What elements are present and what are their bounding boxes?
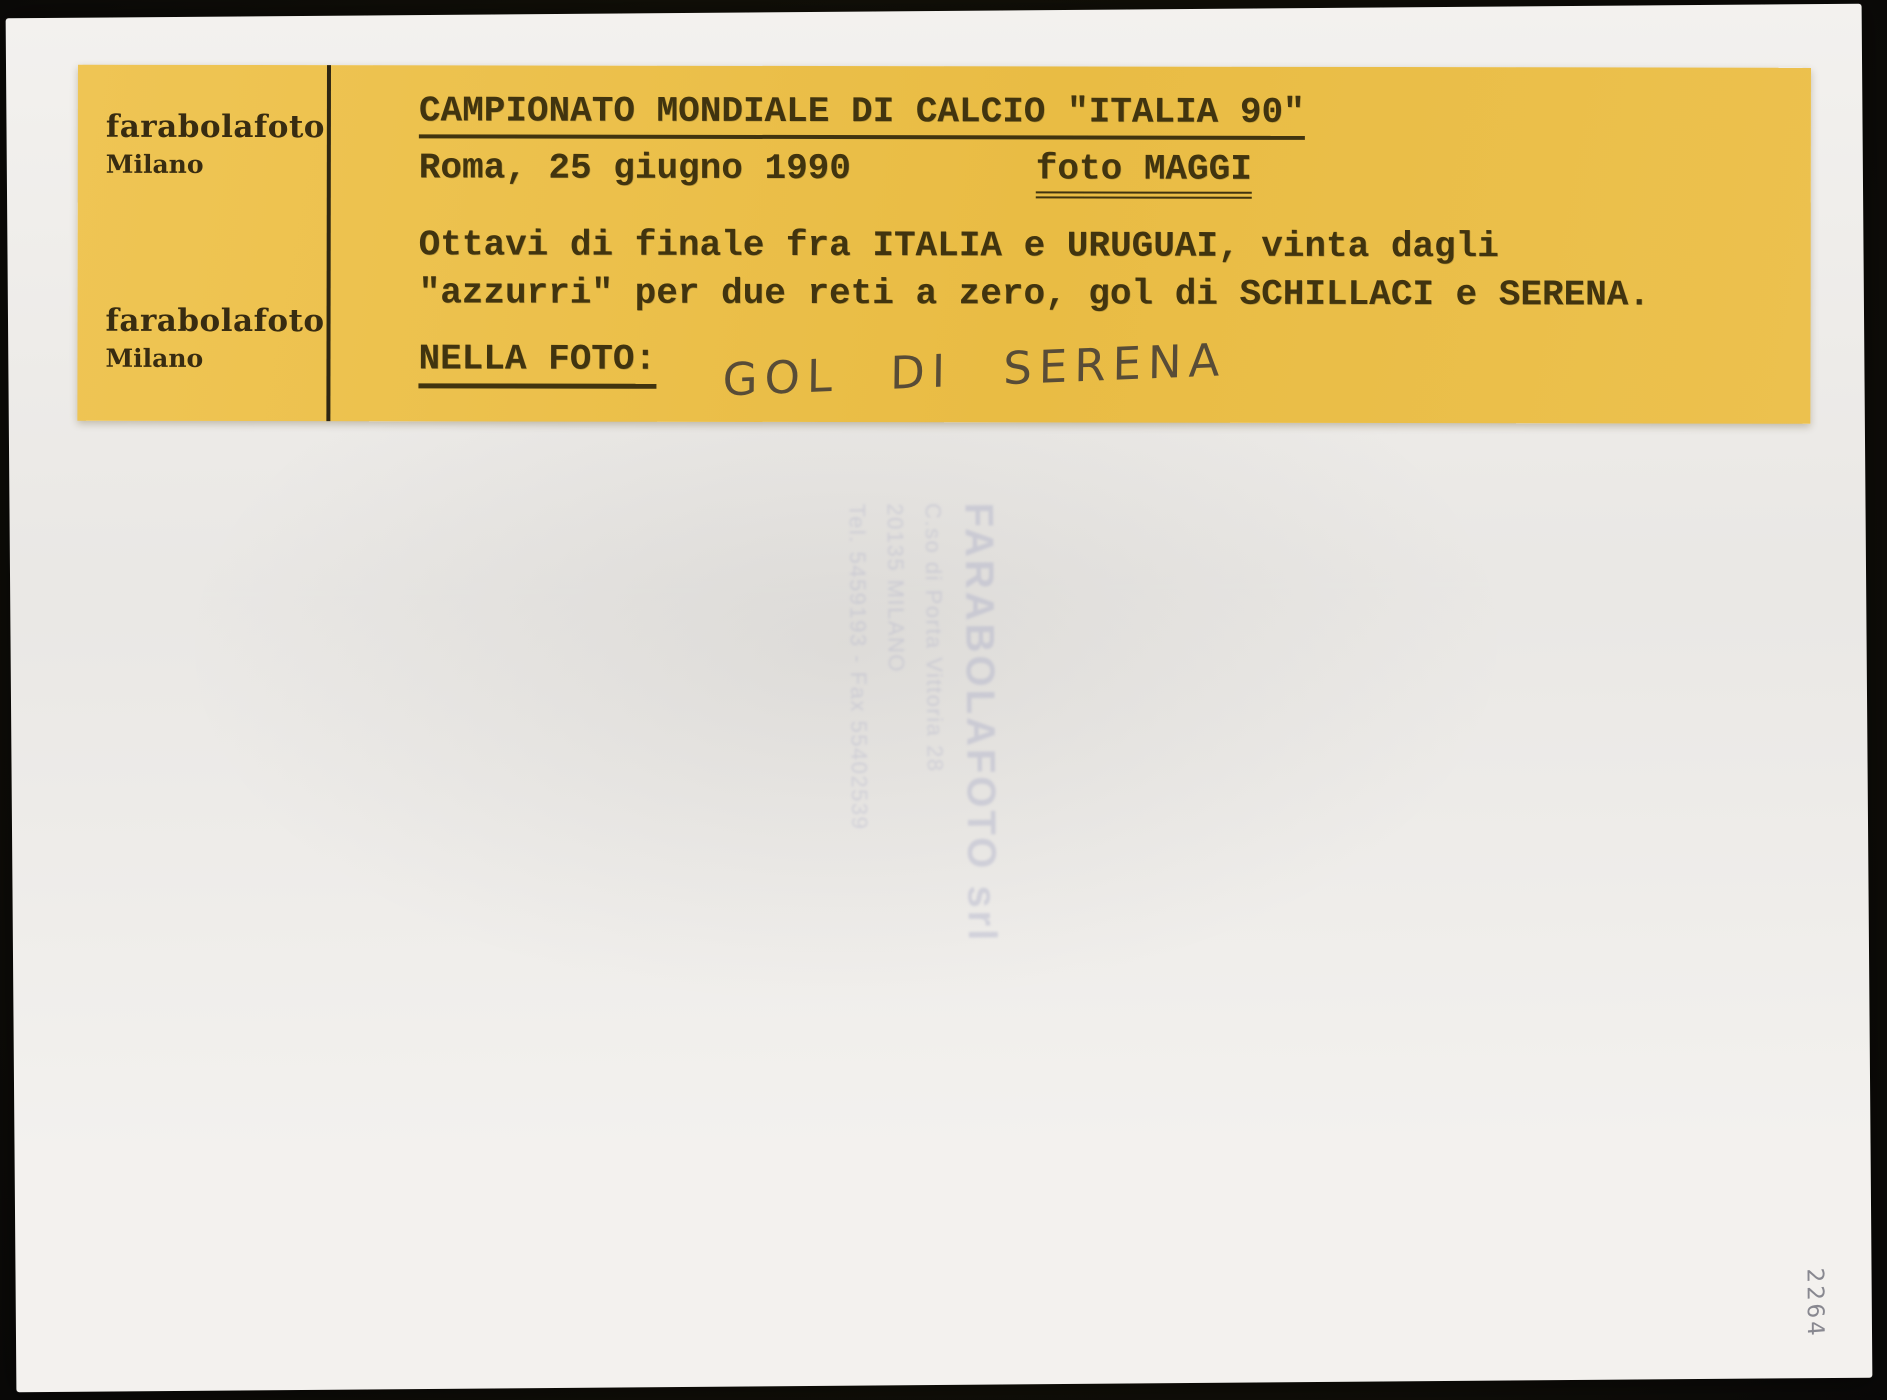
caption-body-line2: "azzurri" per due reti a zero, gol di SC… <box>419 272 1791 315</box>
agency-name: farabolafoto <box>106 303 325 339</box>
agency-city: Milano <box>105 344 324 373</box>
caption-body-line1: Ottavi di finale fra ITALIA e URUGUAI, v… <box>419 224 1791 267</box>
agency-city: Milano <box>106 150 325 179</box>
stamp-city-line: 20135 MILANO <box>875 503 917 1003</box>
nella-foto-label: NELLA FOTO: <box>418 338 656 388</box>
agency-stamp: FARABOLAFOTO srl C.so di Porta Vittoria … <box>837 502 1009 1003</box>
archive-number: 2264 <box>1802 1267 1829 1340</box>
caption-text-column: CAMPIONATO MONDIALE DI CALCIO "ITALIA 90… <box>330 65 1811 424</box>
agency-block-bottom: farabolafoto Milano <box>105 303 324 373</box>
caption-dateline: Roma, 25 giugno 1990 <box>419 147 1036 189</box>
stamp-company: FARABOLAFOTO srl <box>951 502 1009 1002</box>
handwritten-note: GOL DI SERENA <box>722 333 1226 406</box>
photo-back-scan: farabolafoto Milano farabolafoto Milano … <box>0 0 1887 1400</box>
agency-block-top: farabolafoto Milano <box>106 109 325 179</box>
photo-paper: farabolafoto Milano farabolafoto Milano … <box>6 4 1873 1393</box>
caption-label: farabolafoto Milano farabolafoto Milano … <box>77 65 1811 424</box>
photo-credit: foto MAGGI <box>1036 148 1252 198</box>
agency-column: farabolafoto Milano farabolafoto Milano <box>77 65 327 421</box>
stamp-phone-line: Tel. 5459193 - Fax 55402539 <box>837 503 879 1003</box>
caption-title: CAMPIONATO MONDIALE DI CALCIO "ITALIA 90… <box>419 91 1305 139</box>
agency-name: farabolafoto <box>106 109 325 145</box>
stamp-address-line: C.so di Porta Vittoria 28 <box>913 503 955 1003</box>
